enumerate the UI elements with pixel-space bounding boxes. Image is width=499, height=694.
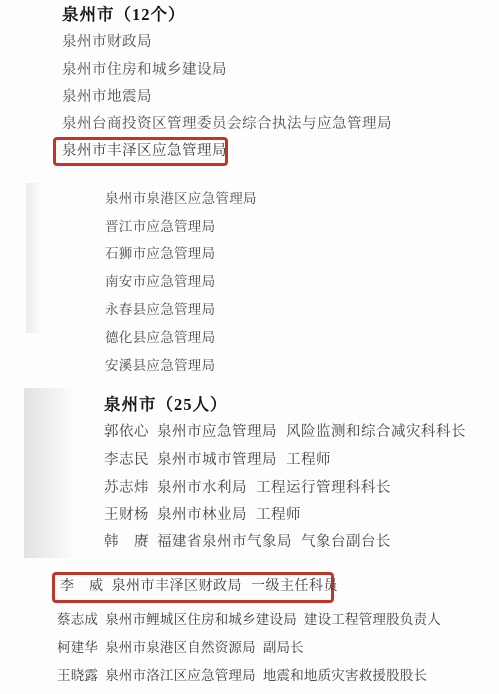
district-unit-item: 石狮市应急管理局 (105, 246, 215, 262)
person-row: 蔡志成 泉州市鲤城区住房和城乡建设局 建设工程管理股负责人 (57, 612, 441, 628)
person-title: 风险监测和综合减灾科科长 (286, 424, 466, 441)
person-title: 工程师 (286, 452, 331, 469)
unit-item: 泉州市住房和城乡建设局 (62, 62, 227, 79)
person-name: 李志民 (104, 452, 149, 469)
person-title: 气象台副台长 (301, 534, 391, 551)
person-name: 韩 赓 (104, 534, 149, 551)
person-org: 泉州市泉港区自然资源局 (105, 640, 256, 656)
person-name: 蔡志成 (57, 612, 98, 628)
district-unit-item: 德化县应急管理局 (105, 330, 215, 346)
person-name: 李 威 (60, 579, 104, 595)
unit-item: 泉州台商投资区管理委员会综合执法与应急管理局 (62, 116, 392, 133)
district-unit-item: 泉州市泉港区应急管理局 (105, 191, 257, 207)
person-row: 柯建华 泉州市泉港区自然资源局 副局长 (57, 640, 304, 656)
person-row: 王财杨 泉州市林业局 工程师 (104, 507, 301, 524)
person-title: 工程师 (256, 507, 301, 524)
district-unit-item: 永春县应急管理局 (105, 302, 215, 318)
person-row: 郭依心 泉州市应急管理局 风险监测和综合减灾科科长 (104, 424, 466, 441)
person-title: 地震和地质灾害救援股股长 (263, 668, 427, 684)
person-org: 泉州市丰泽区财政局 (112, 579, 243, 595)
scan-seam-strip-lower (24, 388, 76, 558)
person-title: 工程运行管理科科长 (256, 480, 391, 497)
person-name: 王晓露 (57, 668, 98, 684)
person-org: 泉州市水利局 (157, 480, 247, 497)
section-units-header: 泉州市（12个） (62, 6, 186, 25)
person-title: 一级主任科员 (251, 579, 338, 595)
person-row: 李志民 泉州市城市管理局 工程师 (104, 452, 331, 469)
unit-item: 泉州市地震局 (62, 89, 152, 106)
person-row: 王晓露 泉州市洛江区应急管理局 地震和地质灾害救援股股长 (57, 668, 427, 684)
district-unit-item: 晋江市应急管理局 (105, 219, 215, 235)
person-title: 建设工程管理股负责人 (304, 612, 441, 628)
person-name: 柯建华 (57, 640, 98, 656)
person-row: 韩 赓 福建省泉州市气象局 气象台副台长 (104, 534, 391, 551)
person-title: 副局长 (263, 640, 304, 656)
person-row-highlighted: 李 威 泉州市丰泽区财政局 一级主任科员 (60, 579, 338, 595)
person-org: 泉州市鲤城区住房和城乡建设局 (105, 612, 297, 628)
person-org: 泉州市城市管理局 (157, 452, 277, 469)
unit-item-highlighted: 泉州市丰泽区应急管理局 (62, 143, 227, 160)
person-org: 泉州市林业局 (157, 507, 247, 524)
document-page: 泉州市（12个） 泉州市财政局 泉州市住房和城乡建设局 泉州市地震局 泉州台商投… (0, 0, 499, 694)
person-name: 郭依心 (104, 424, 149, 441)
person-org: 福建省泉州市气象局 (157, 534, 292, 551)
unit-item: 泉州市财政局 (62, 34, 152, 51)
scan-seam-strip-upper (26, 183, 41, 333)
person-org: 泉州市应急管理局 (157, 424, 277, 441)
person-org: 泉州市洛江区应急管理局 (105, 668, 256, 684)
person-name: 王财杨 (104, 507, 149, 524)
section-people-header: 泉州市（25人） (104, 396, 228, 415)
person-name: 苏志炜 (104, 480, 149, 497)
person-row: 苏志炜 泉州市水利局 工程运行管理科科长 (104, 480, 391, 497)
district-unit-item: 安溪县应急管理局 (105, 358, 215, 374)
district-unit-item: 南安市应急管理局 (105, 274, 215, 290)
